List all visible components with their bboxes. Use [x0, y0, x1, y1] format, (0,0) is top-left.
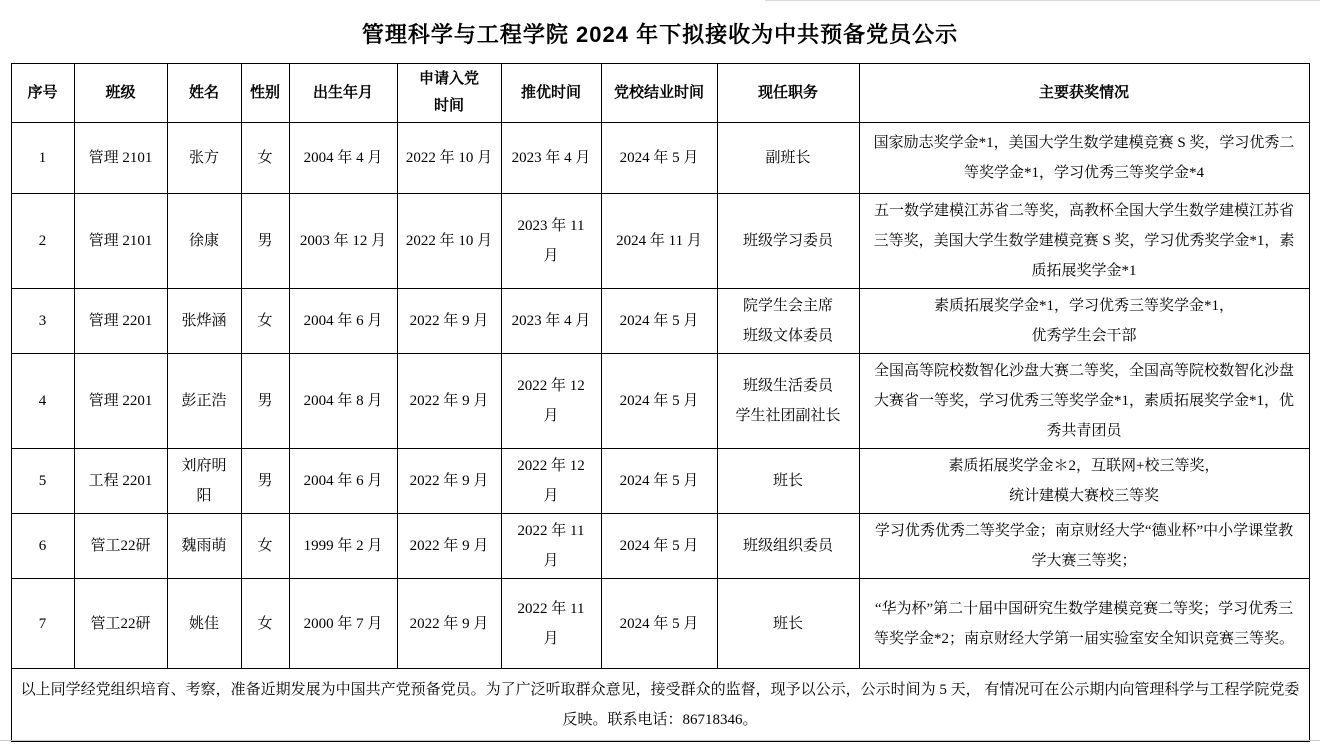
candidate-roster-table: 序号 班级 姓名 性别 出生年月 申请入党 时间 推优时间 党校结业时间 现任职…	[11, 63, 1310, 742]
public-notice-text: 以上同学经党组织培育、考察，准备近期发展为中国共产党预备党员。为了广泛听取群众意…	[11, 669, 1309, 742]
cell-recommend-time: 2022 年 11 月	[501, 514, 601, 579]
cell-class: 管理 2101	[74, 194, 167, 289]
cell-awards: 国家励志奖学金*1，美国大学生数学建模竞赛 S 奖，学习优秀二等奖学金*1，学习…	[859, 123, 1309, 194]
cell-recommend-time: 2023 年 4 月	[501, 289, 601, 354]
cell-apply-time: 2022 年 9 月	[397, 289, 501, 354]
table-row: 5 工程 2201 刘府明阳 男 2004 年 6 月 2022 年 9 月 2…	[11, 449, 1309, 514]
cell-apply-time: 2022 年 10 月	[397, 123, 501, 194]
cell-class: 管工22研	[74, 579, 167, 669]
header-cell-class: 班级	[74, 64, 167, 123]
cell-party-school-time: 2024 年 5 月	[601, 449, 717, 514]
notice-row: 以上同学经党组织培育、考察，准备近期发展为中国共产党预备党员。为了广泛听取群众意…	[11, 669, 1309, 742]
window-edge-line	[0, 740, 1320, 741]
cell-name: 张方	[167, 123, 241, 194]
cell-class: 管理 2101	[74, 123, 167, 194]
cell-position: 班级学习委员	[717, 194, 859, 289]
header-cell-party-school-time: 党校结业时间	[601, 64, 717, 123]
cell-birth: 2004 年 6 月	[289, 289, 397, 354]
header-cell-gender: 性别	[241, 64, 289, 123]
cell-position: 副班长	[717, 123, 859, 194]
cell-awards: 素质拓展奖学金*1，学习优秀三等奖学金*1， 优秀学生会干部	[859, 289, 1309, 354]
cell-recommend-time: 2023 年 4 月	[501, 123, 601, 194]
cell-name: 徐康	[167, 194, 241, 289]
header-cell-awards: 主要获奖情况	[859, 64, 1309, 123]
cell-name: 刘府明阳	[167, 449, 241, 514]
cell-party-school-time: 2024 年 5 月	[601, 354, 717, 449]
cell-party-school-time: 2024 年 5 月	[601, 289, 717, 354]
cell-awards: 素质拓展奖学金＊2，互联网+校三等奖， 统计建模大赛校三等奖	[859, 449, 1309, 514]
cell-gender: 男	[241, 449, 289, 514]
cell-party-school-time: 2024 年 5 月	[601, 579, 717, 669]
cell-birth: 2003 年 12 月	[289, 194, 397, 289]
cell-name: 姚佳	[167, 579, 241, 669]
cell-birth: 1999 年 2 月	[289, 514, 397, 579]
cell-gender: 女	[241, 579, 289, 669]
cell-awards: 学习优秀优秀二等奖学金；南京财经大学“德业杯”中小学课堂教学大赛三等奖；	[859, 514, 1309, 579]
cell-gender: 男	[241, 354, 289, 449]
header-cell-birth: 出生年月	[289, 64, 397, 123]
cell-position: 班级组织委员	[717, 514, 859, 579]
cell-awards: “华为杯”第二十届中国研究生数学建模竞赛二等奖；学习优秀三等奖学金*2；南京财经…	[859, 579, 1309, 669]
cell-class: 管理 2201	[74, 354, 167, 449]
cell-birth: 2000 年 7 月	[289, 579, 397, 669]
cell-name: 张烨涵	[167, 289, 241, 354]
header-cell-position: 现任职务	[717, 64, 859, 123]
cell-gender: 女	[241, 123, 289, 194]
window-edge-line	[765, 0, 1320, 1]
cell-recommend-time: 2022 年 11 月	[501, 579, 601, 669]
cell-no: 6	[11, 514, 74, 579]
cell-party-school-time: 2024 年 5 月	[601, 514, 717, 579]
table-row: 6 管工22研 魏雨萌 女 1999 年 2 月 2022 年 9 月 2022…	[11, 514, 1309, 579]
cell-no: 4	[11, 354, 74, 449]
header-cell-name: 姓名	[167, 64, 241, 123]
cell-position: 班级生活委员 学生社团副社长	[717, 354, 859, 449]
cell-recommend-time: 2022 年 12 月	[501, 449, 601, 514]
cell-apply-time: 2022 年 9 月	[397, 449, 501, 514]
cell-gender: 女	[241, 514, 289, 579]
cell-no: 5	[11, 449, 74, 514]
table-header-row: 序号 班级 姓名 性别 出生年月 申请入党 时间 推优时间 党校结业时间 现任职…	[11, 64, 1309, 123]
announcement-page: 管理科学与工程学院 2024 年下拟接收为中共预备党员公示 序号 班级 姓名 性…	[0, 0, 1320, 754]
cell-no: 3	[11, 289, 74, 354]
cell-class: 管工22研	[74, 514, 167, 579]
cell-recommend-time: 2022 年 12 月	[501, 354, 601, 449]
cell-position: 院学生会主席 班级文体委员	[717, 289, 859, 354]
table-row: 7 管工22研 姚佳 女 2000 年 7 月 2022 年 9 月 2022 …	[11, 579, 1309, 669]
cell-name: 彭正浩	[167, 354, 241, 449]
cell-apply-time: 2022 年 9 月	[397, 514, 501, 579]
table-row: 2 管理 2101 徐康 男 2003 年 12 月 2022 年 10 月 2…	[11, 194, 1309, 289]
table-row: 1 管理 2101 张方 女 2004 年 4 月 2022 年 10 月 20…	[11, 123, 1309, 194]
cell-apply-time: 2022 年 10 月	[397, 194, 501, 289]
cell-awards: 五一数学建模江苏省二等奖，高教杯全国大学生数学建模江苏省三等奖，美国大学生数学建…	[859, 194, 1309, 289]
cell-no: 1	[11, 123, 74, 194]
table-row: 4 管理 2201 彭正浩 男 2004 年 8 月 2022 年 9 月 20…	[11, 354, 1309, 449]
cell-party-school-time: 2024 年 5 月	[601, 123, 717, 194]
cell-recommend-time: 2023 年 11 月	[501, 194, 601, 289]
header-cell-no: 序号	[11, 64, 74, 123]
page-title: 管理科学与工程学院 2024 年下拟接收为中共预备党员公示	[0, 18, 1320, 49]
table-row: 3 管理 2201 张烨涵 女 2004 年 6 月 2022 年 9 月 20…	[11, 289, 1309, 354]
cell-apply-time: 2022 年 9 月	[397, 354, 501, 449]
cell-name: 魏雨萌	[167, 514, 241, 579]
header-cell-recommend-time: 推优时间	[501, 64, 601, 123]
cell-awards: 全国高等院校数智化沙盘大赛二等奖，全国高等院校数智化沙盘大赛省一等奖，学习优秀三…	[859, 354, 1309, 449]
cell-no: 7	[11, 579, 74, 669]
cell-birth: 2004 年 8 月	[289, 354, 397, 449]
cell-no: 2	[11, 194, 74, 289]
cell-apply-time: 2022 年 9 月	[397, 579, 501, 669]
cell-gender: 男	[241, 194, 289, 289]
header-cell-apply-time: 申请入党 时间	[397, 64, 501, 123]
cell-position: 班长	[717, 449, 859, 514]
cell-position: 班长	[717, 579, 859, 669]
cell-birth: 2004 年 4 月	[289, 123, 397, 194]
cell-class: 管理 2201	[74, 289, 167, 354]
cell-class: 工程 2201	[74, 449, 167, 514]
cell-party-school-time: 2024 年 11 月	[601, 194, 717, 289]
cell-birth: 2004 年 6 月	[289, 449, 397, 514]
cell-gender: 女	[241, 289, 289, 354]
